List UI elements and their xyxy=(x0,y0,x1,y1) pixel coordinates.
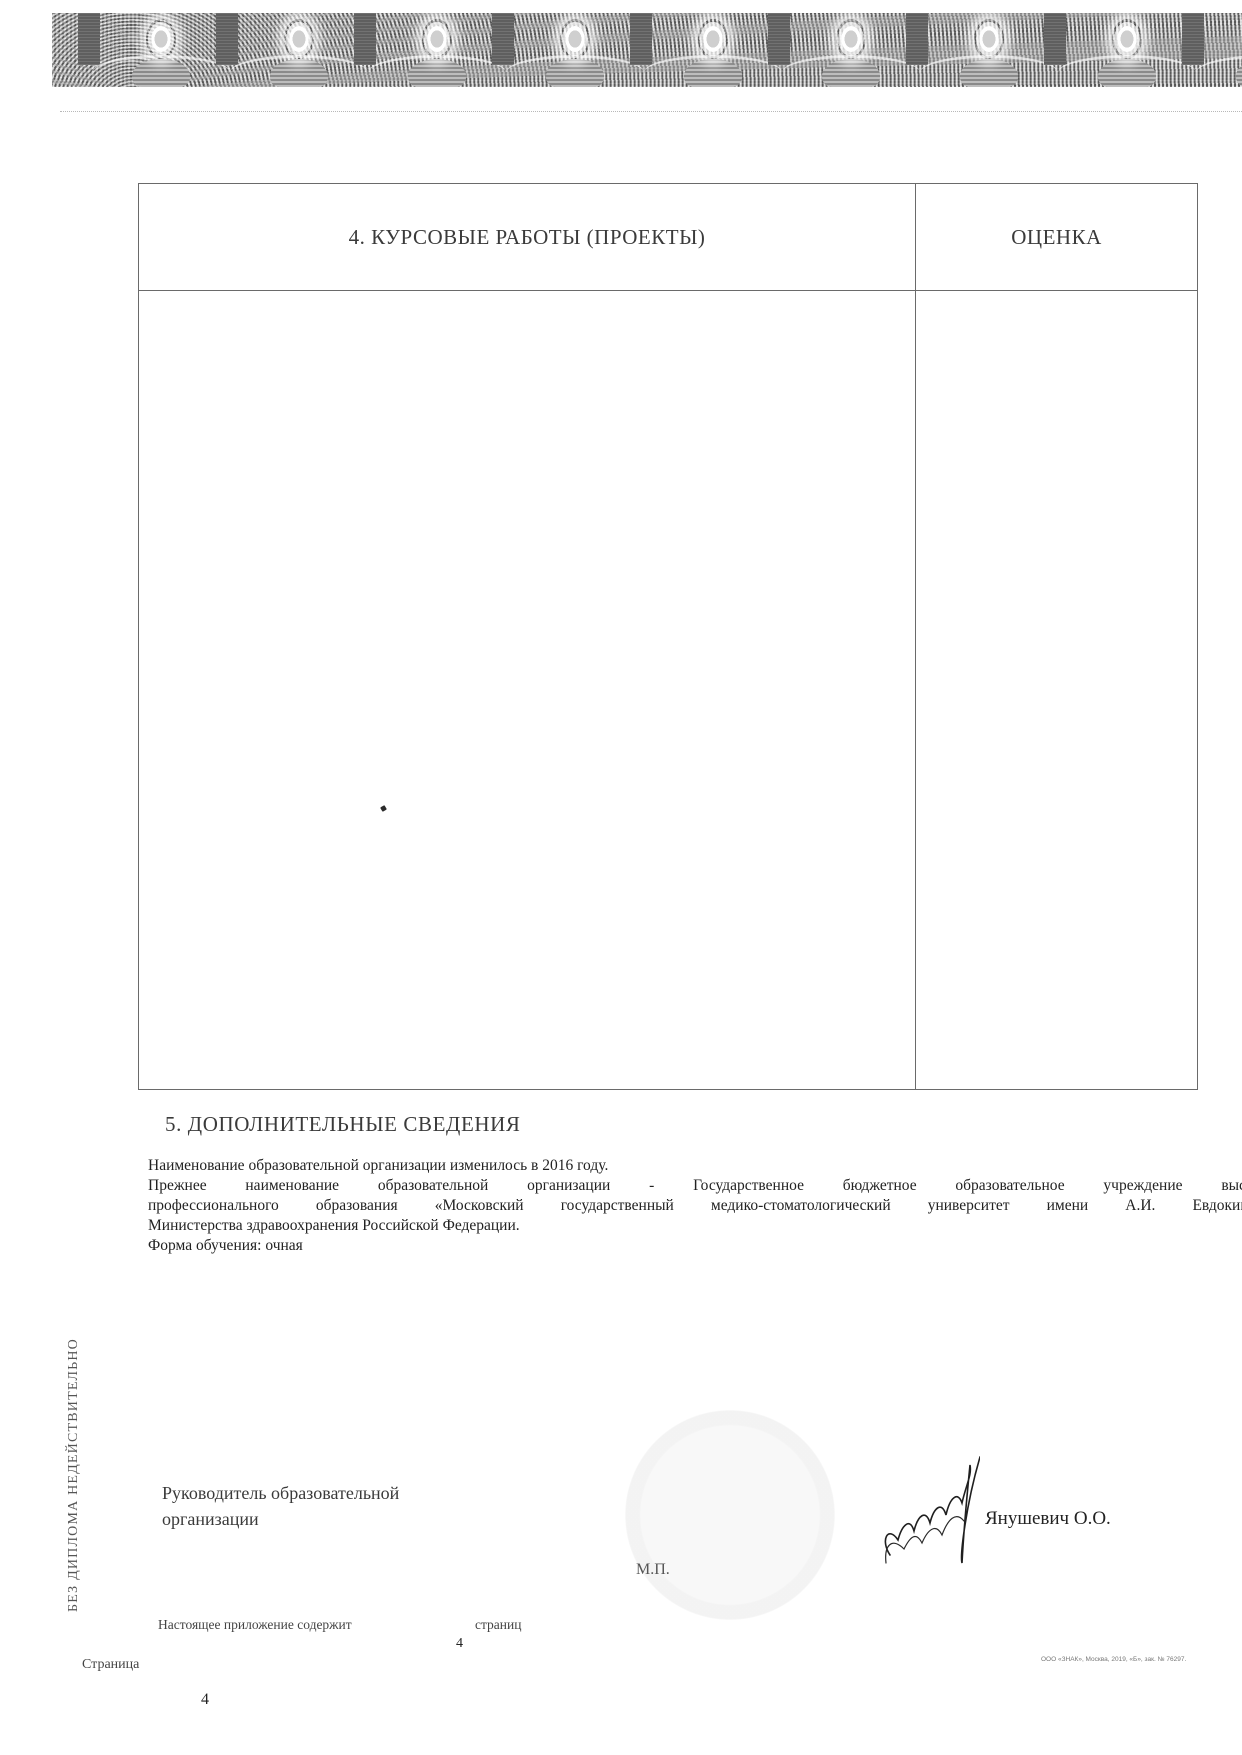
guilloche-medallion-icon xyxy=(1196,13,1242,87)
grade-header: ОЦЕНКА xyxy=(916,184,1197,290)
guilloche-medallion-icon xyxy=(506,13,644,87)
guilloche-medallion-icon xyxy=(92,13,230,87)
signer-name: Янушевич О.О. xyxy=(985,1508,1111,1530)
pages-word: страниц xyxy=(475,1617,521,1633)
head-of-organization-label: Руководитель образовательной организации xyxy=(162,1480,399,1532)
faded-seal-icon xyxy=(625,1410,835,1620)
guilloche-medallion-icon xyxy=(1058,13,1196,87)
info-line: Наименование образовательной организации… xyxy=(148,1156,1242,1176)
info-line-justified: профессиональногообразования«Московскийг… xyxy=(148,1196,1242,1216)
guilloche-medallion-icon xyxy=(368,13,506,87)
info-line-justified: Прежнеенаименованиеобразовательнойоргани… xyxy=(148,1176,1242,1196)
word: А.И. xyxy=(1125,1196,1155,1216)
printer-imprint: ООО «ЗНАК», Москва, 2019, «Б», зак. № 76… xyxy=(1041,1656,1186,1663)
word: высш xyxy=(1221,1176,1242,1196)
word: организации xyxy=(527,1176,610,1196)
word: бюджетное xyxy=(843,1176,917,1196)
grades-list xyxy=(916,291,1197,1089)
page-label: Страница xyxy=(82,1657,139,1673)
guilloche-medallion-icon xyxy=(920,13,1058,87)
word: государственный xyxy=(561,1196,674,1216)
header-rule xyxy=(60,111,1242,112)
word: наименование xyxy=(245,1176,339,1196)
word: «Московский xyxy=(435,1196,524,1216)
info-line: Министерства здравоохранения Российской … xyxy=(148,1216,1242,1236)
course-works-table: 4. КУРСОВЫЕ РАБОТЫ (ПРОЕКТЫ) ОЦЕНКА xyxy=(138,183,1198,1090)
head-label-line1: Руководитель образовательной xyxy=(162,1480,399,1506)
word: имени xyxy=(1047,1196,1089,1216)
word: медико-стоматологический xyxy=(711,1196,891,1216)
course-works-list xyxy=(139,291,915,1089)
seal-place-label: М.П. xyxy=(636,1561,670,1579)
guilloche-ornament-band xyxy=(52,13,1242,87)
word: образовательное xyxy=(955,1176,1064,1196)
guilloche-medallion-icon xyxy=(230,13,368,87)
word: образования xyxy=(316,1196,398,1216)
word: Прежнее xyxy=(148,1176,207,1196)
word: Государственное xyxy=(693,1176,804,1196)
additional-info-text: Наименование образовательной организации… xyxy=(148,1156,1242,1256)
info-line: Форма обучения: очная xyxy=(148,1236,1242,1256)
invalid-without-diploma-notice: БЕЗ ДИПЛОМА НЕДЕЙСТВИТЕЛЬНО xyxy=(66,1338,82,1612)
pages-count: 4 xyxy=(456,1636,463,1652)
word: учреждение xyxy=(1103,1176,1182,1196)
word: университет xyxy=(928,1196,1010,1216)
head-label-line2: организации xyxy=(162,1506,399,1532)
word: Евдокимо xyxy=(1192,1196,1242,1216)
word: - xyxy=(649,1176,654,1196)
word: профессионального xyxy=(148,1196,279,1216)
word: образовательной xyxy=(378,1176,488,1196)
additional-info-title: 5. ДОПОЛНИТЕЛЬНЫЕ СВЕДЕНИЯ xyxy=(165,1112,521,1137)
page-number: 4 xyxy=(201,1691,209,1709)
guilloche-medallion-icon xyxy=(644,13,782,87)
handwritten-signature-icon xyxy=(880,1445,980,1575)
pages-note: Настоящее приложение содержит xyxy=(158,1617,352,1633)
course-works-header: 4. КУРСОВЫЕ РАБОТЫ (ПРОЕКТЫ) xyxy=(139,184,915,290)
guilloche-medallion-icon xyxy=(782,13,920,87)
